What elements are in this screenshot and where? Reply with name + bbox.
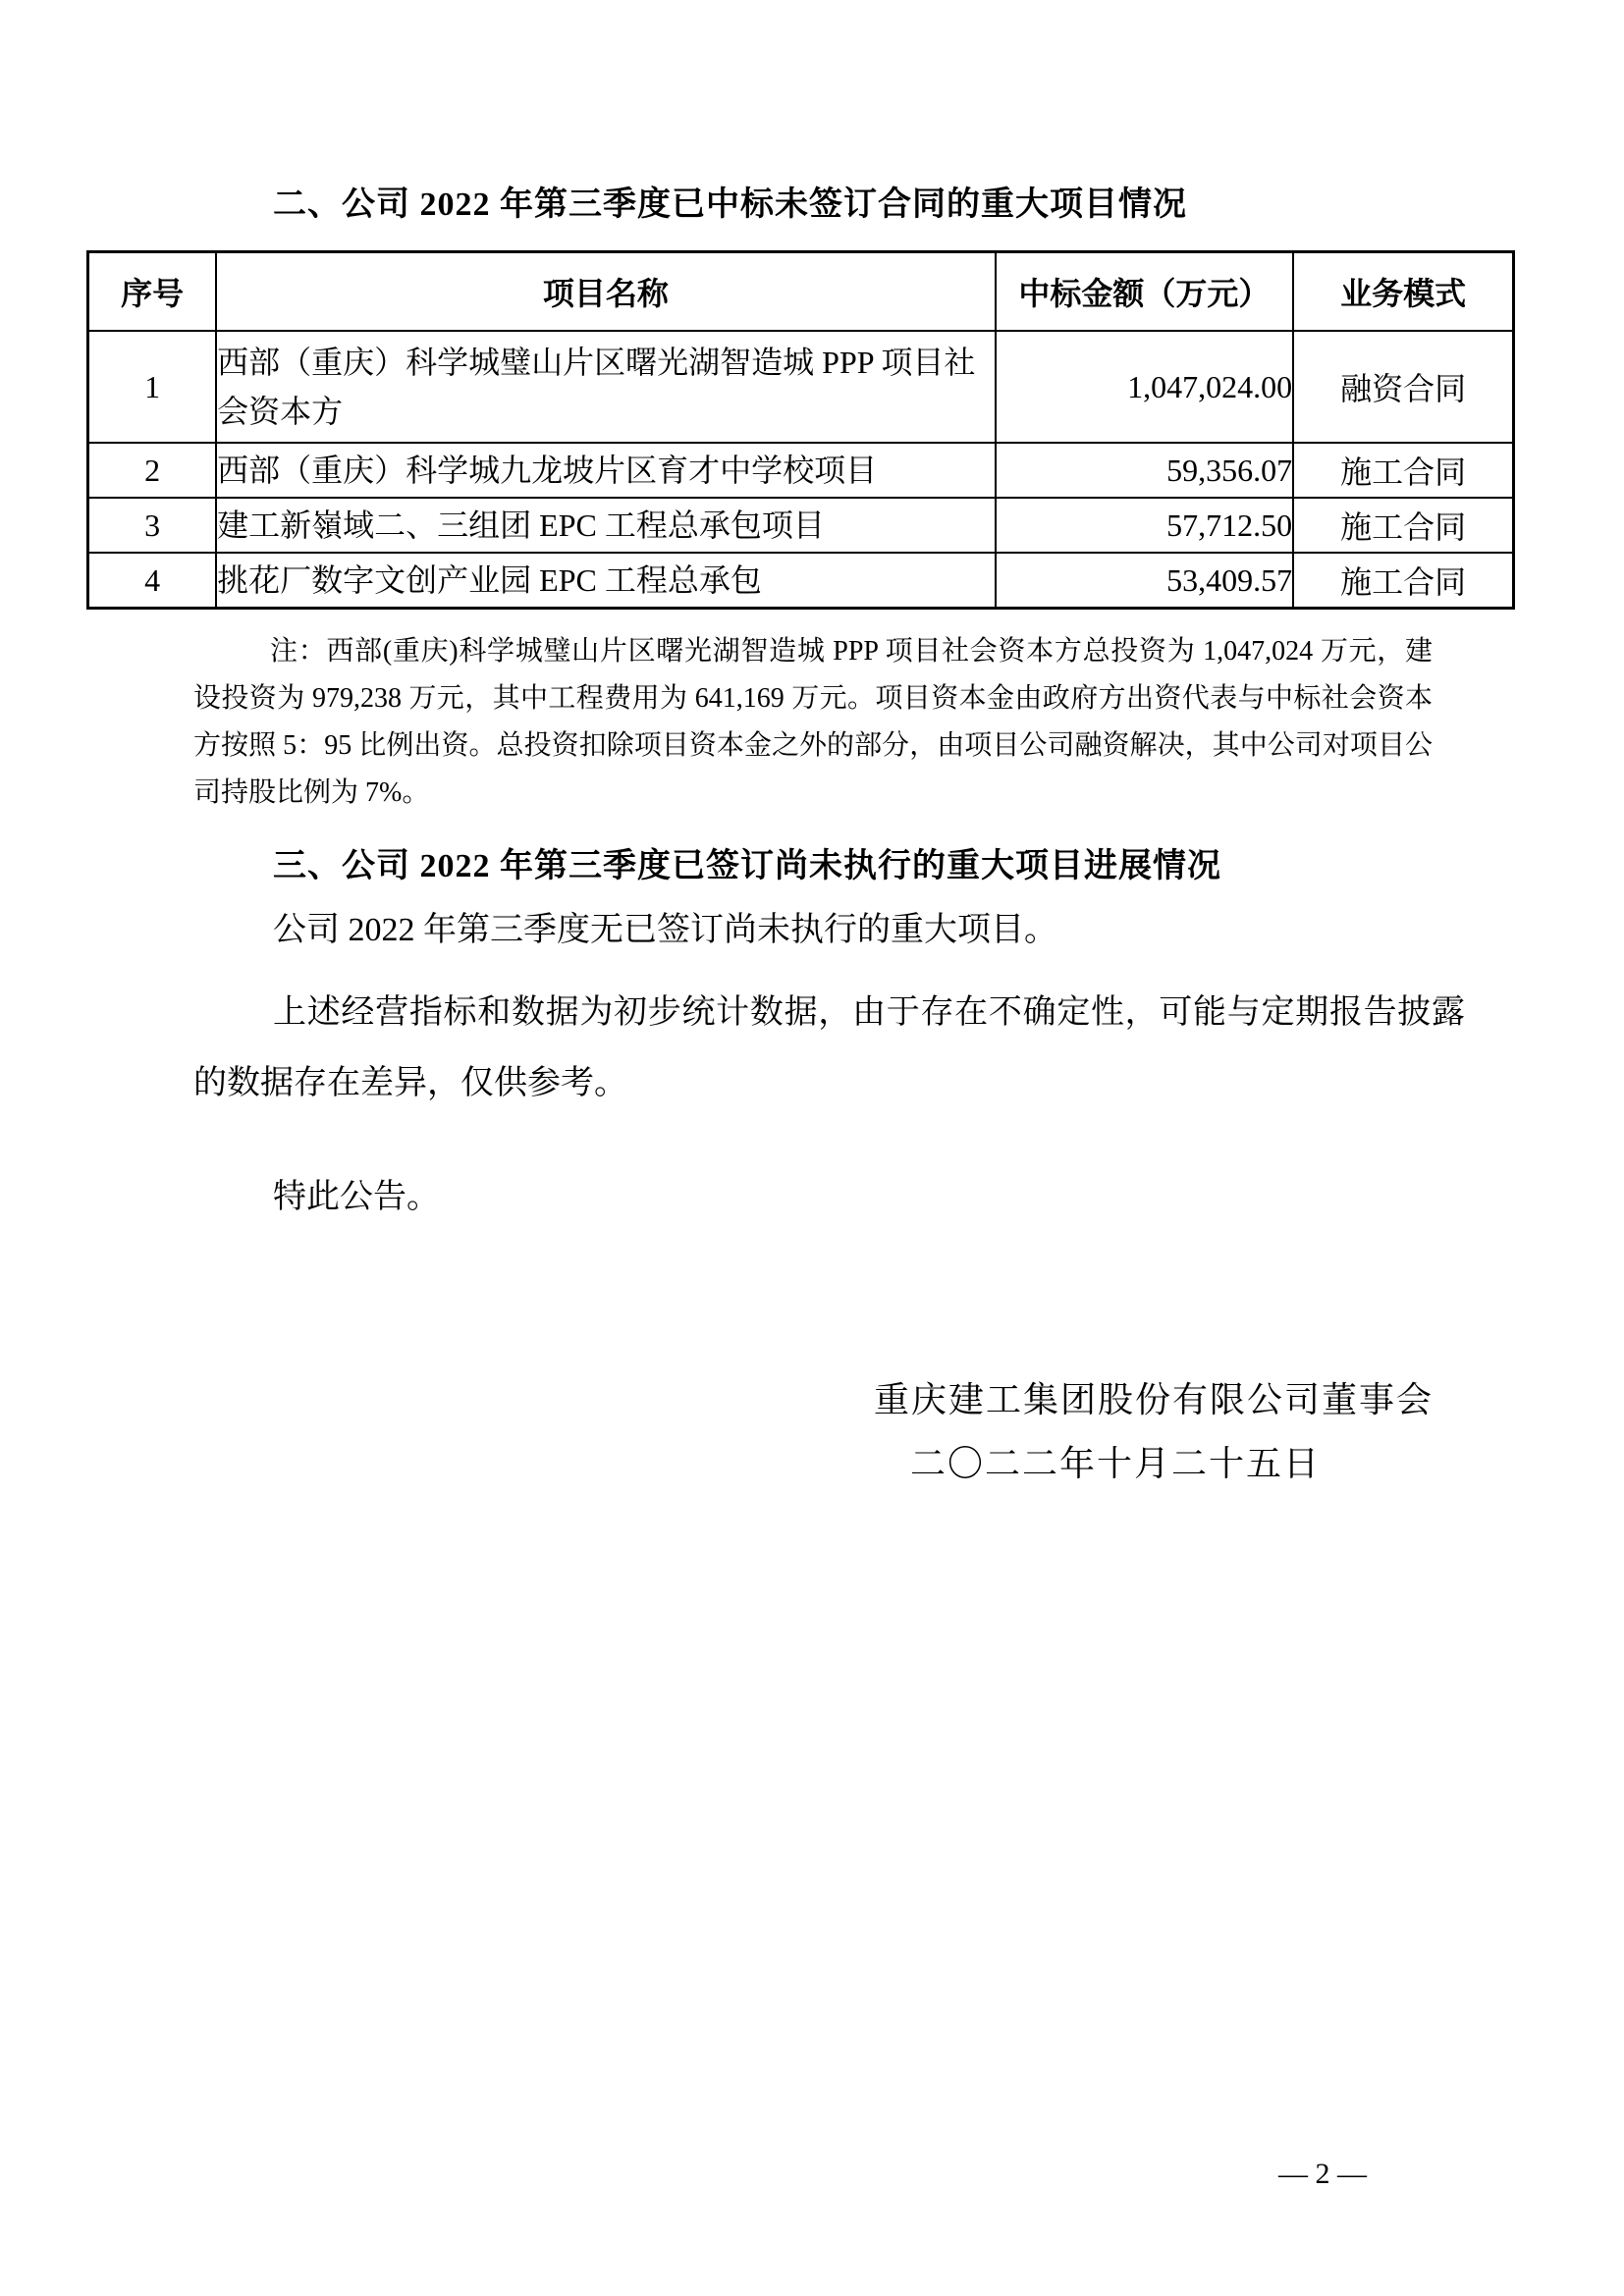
row-seq: 1	[88, 331, 217, 443]
row-amount: 53,409.57	[996, 553, 1293, 609]
row-amount: 1,047,024.00	[996, 331, 1293, 443]
section3-paragraph-2: 上述经营指标和数据为初步统计数据，由于存在不确定性，可能与定期报告披露的数据存在…	[193, 978, 1465, 1119]
header-business-mode: 业务模式	[1293, 252, 1513, 332]
page-number: — 2 —	[1278, 2158, 1367, 2191]
section3-heading: 三、公司 2022 年第三季度已签订尚未执行的重大项目进展情况	[273, 838, 1221, 886]
signature-company: 重庆建工集团股份有限公司董事会	[874, 1372, 1434, 1422]
header-bid-amount: 中标金额（万元）	[996, 252, 1293, 332]
awarded-projects-table: 序号 项目名称 中标金额（万元） 业务模式 1 西部（重庆）科学城璧山片区曙光湖…	[86, 250, 1515, 610]
row-seq: 4	[88, 553, 217, 609]
row-seq: 2	[88, 443, 217, 498]
table-footnote: 注：西部(重庆)科学城璧山片区曙光湖智造城 PPP 项目社会资本方总投资为 1,…	[193, 628, 1433, 817]
row-mode: 施工合同	[1293, 443, 1513, 498]
row-amount: 57,712.50	[996, 498, 1293, 553]
table-row: 2 西部（重庆）科学城九龙坡片区育才中学校项目 59,356.07 施工合同	[88, 443, 1514, 498]
row-name: 西部（重庆）科学城璧山片区曙光湖智造城 PPP 项目社会资本方	[216, 331, 996, 443]
row-amount: 59,356.07	[996, 443, 1293, 498]
closing-statement: 特此公告。	[193, 1174, 1465, 1221]
row-mode: 融资合同	[1293, 331, 1513, 443]
header-project-name: 项目名称	[216, 252, 996, 332]
row-name: 西部（重庆）科学城九龙坡片区育才中学校项目	[216, 443, 996, 498]
signature-date: 二〇二二年十月二十五日	[910, 1436, 1321, 1486]
table-row: 1 西部（重庆）科学城璧山片区曙光湖智造城 PPP 项目社会资本方 1,047,…	[88, 331, 1514, 443]
table-row: 4 挑花厂数字文创产业园 EPC 工程总承包 53,409.57 施工合同	[88, 553, 1514, 609]
section3-paragraph-1: 公司 2022 年第三季度无已签订尚未执行的重大项目。	[193, 907, 1465, 954]
section2-heading: 二、公司 2022 年第三季度已中标未签订合同的重大项目情况	[273, 177, 1187, 225]
row-name: 建工新嶺域二、三组团 EPC 工程总承包项目	[216, 498, 996, 553]
row-seq: 3	[88, 498, 217, 553]
row-mode: 施工合同	[1293, 553, 1513, 609]
header-seq: 序号	[88, 252, 217, 332]
row-mode: 施工合同	[1293, 498, 1513, 553]
table-header-row: 序号 项目名称 中标金额（万元） 业务模式	[88, 252, 1514, 332]
document-page: 二、公司 2022 年第三季度已中标未签订合同的重大项目情况 序号 项目名称 中…	[0, 0, 1624, 2296]
row-name: 挑花厂数字文创产业园 EPC 工程总承包	[216, 553, 996, 609]
table-row: 3 建工新嶺域二、三组团 EPC 工程总承包项目 57,712.50 施工合同	[88, 498, 1514, 553]
